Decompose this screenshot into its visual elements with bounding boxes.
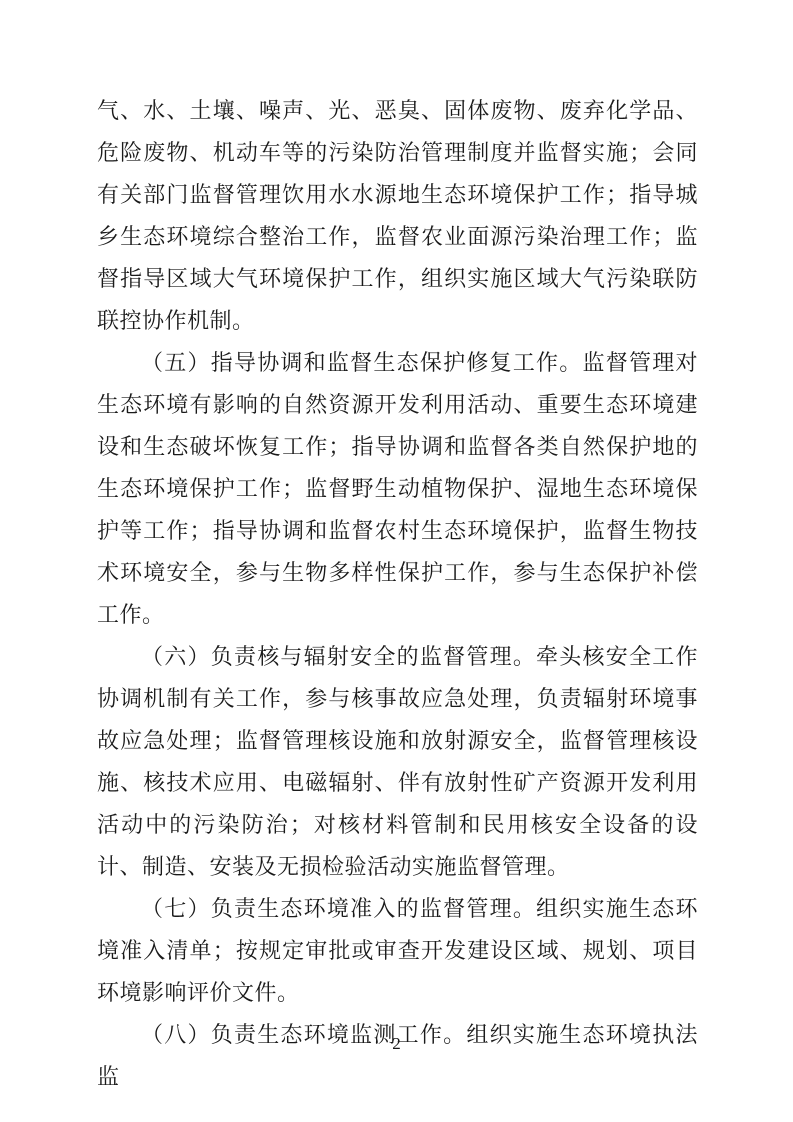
paragraph-continuation-duty-4: 气、水、土壤、噪声、光、恶臭、固体废物、废弃化学品、危险废物、机动车等的污染防治…: [97, 90, 698, 342]
page-number: 2: [0, 1032, 793, 1056]
paragraph-duty-8: （八）负责生态环境监测工作。组织实施生态环境执法监: [97, 1014, 698, 1098]
paragraph-duty-5: （五）指导协调和监督生态保护修复工作。监督管理对生态环境有影响的自然资源开发利用…: [97, 342, 698, 636]
document-page: 气、水、土壤、噪声、光、恶臭、固体废物、废弃化学品、危险废物、机动车等的污染防治…: [0, 0, 793, 1122]
paragraph-duty-6: （六）负责核与辐射安全的监督管理。牵头核安全工作协调机制有关工作，参与核事故应急…: [97, 636, 698, 888]
paragraph-duty-7: （七）负责生态环境准入的监督管理。组织实施生态环境准入清单；按规定审批或审查开发…: [97, 888, 698, 1014]
body-text: 气、水、土壤、噪声、光、恶臭、固体废物、废弃化学品、危险废物、机动车等的污染防治…: [97, 90, 698, 1098]
